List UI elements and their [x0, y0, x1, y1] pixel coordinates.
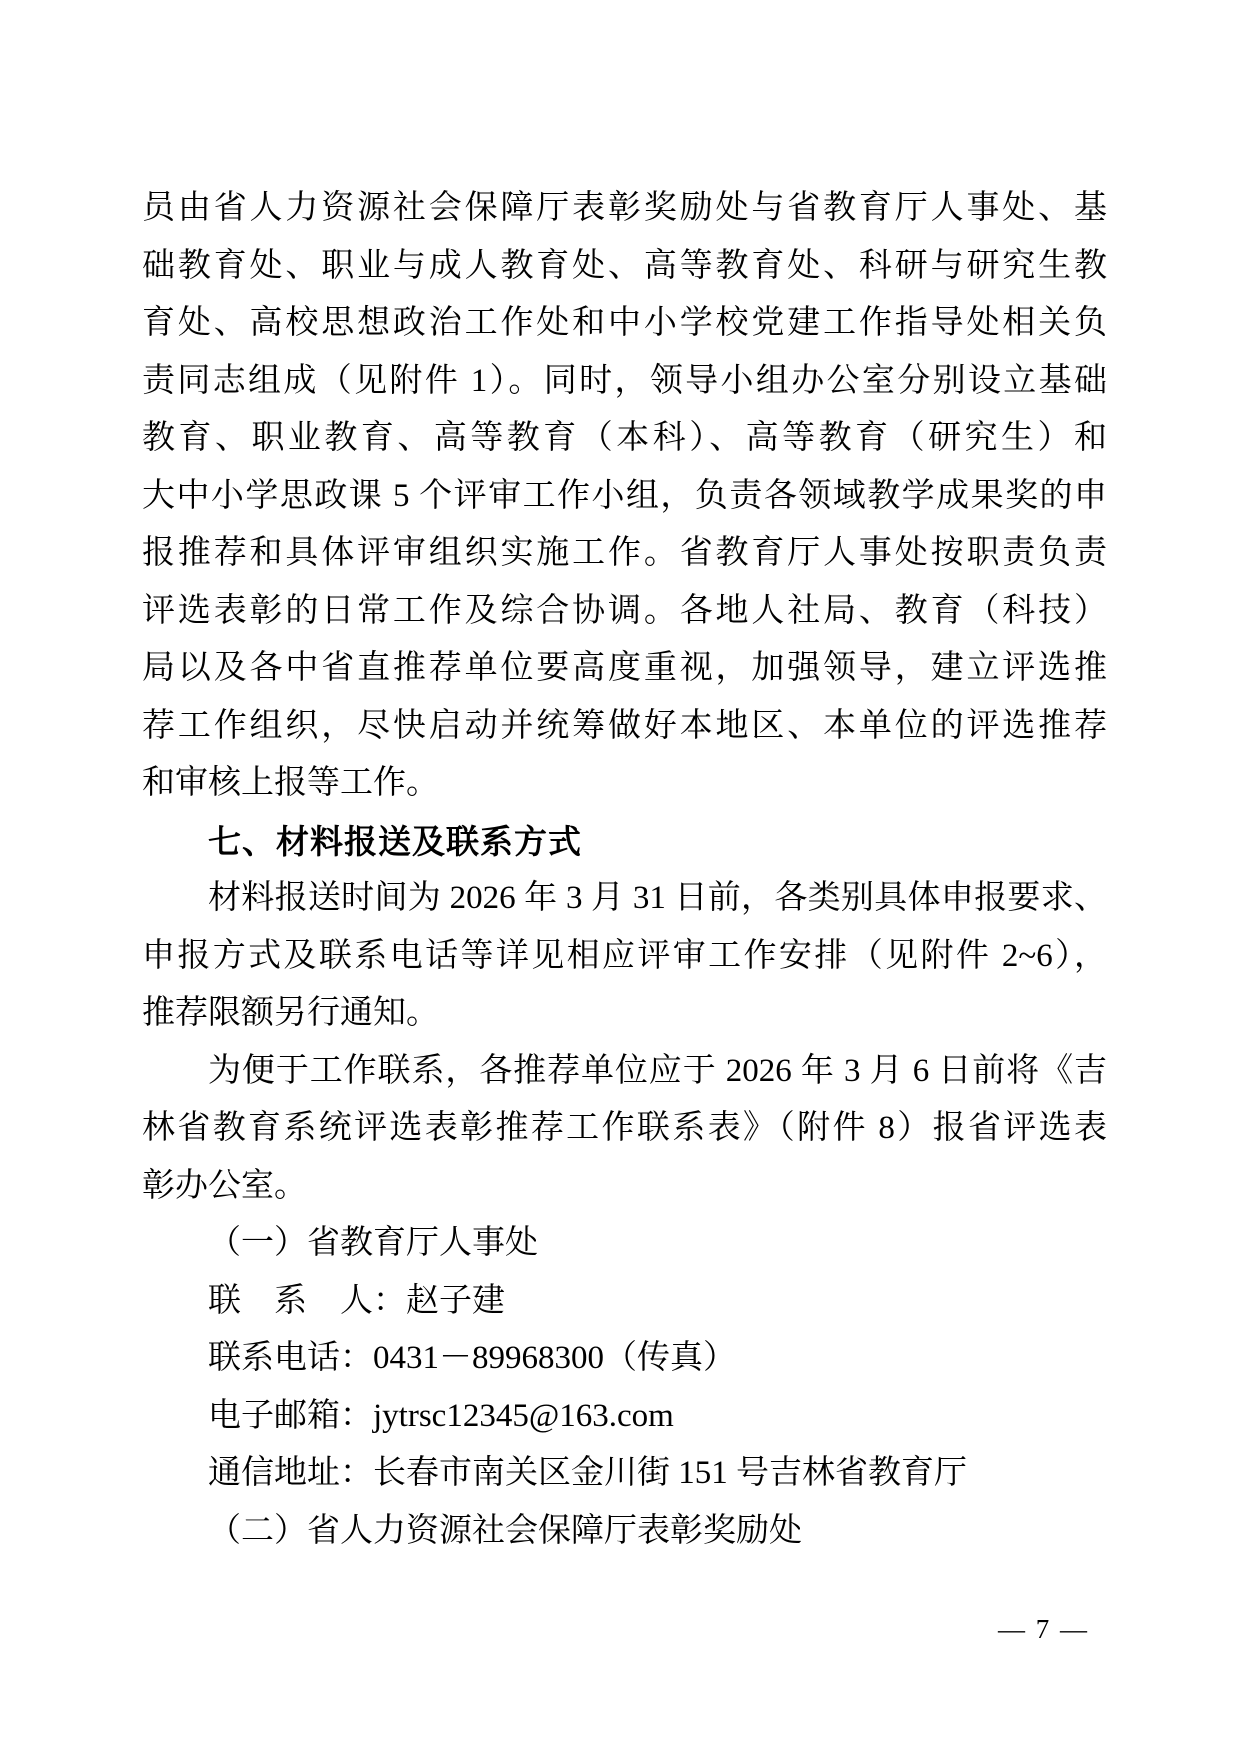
- paragraph-line: 育处、高校思想政治工作处和中小学校党建工作指导处相关负: [142, 295, 1107, 353]
- contact-title: （二）省人力资源社会保障厅表彰奖励处: [142, 1503, 1107, 1561]
- paragraph-line: 评选表彰的日常工作及综合协调。各地人社局、教育（科技）: [142, 583, 1107, 641]
- section-heading: 七、材料报送及联系方式: [142, 813, 1107, 871]
- paragraph-line: 员由省人力资源社会保障厅表彰奖励处与省教育厅人事处、基: [142, 180, 1107, 238]
- paragraph-line: 荐工作组织，尽快启动并统筹做好本地区、本单位的评选推荐: [142, 698, 1107, 756]
- paragraph-line: 教育、职业教育、高等教育（本科）、高等教育（研究生）和: [142, 410, 1107, 468]
- contact-block-2: （二）省人力资源社会保障厅表彰奖励处: [142, 1503, 1107, 1561]
- paragraph-line: 责同志组成（见附件 1）。同时，领导小组办公室分别设立基础: [142, 353, 1107, 411]
- paragraph-line: 大中小学思政课 5 个评审工作小组，负责各领域教学成果奖的申: [142, 468, 1107, 526]
- paragraph-line: 局以及各中省直推荐单位要高度重视，加强领导，建立评选推: [142, 640, 1107, 698]
- paragraph-line: 彰办公室。: [142, 1158, 1107, 1216]
- liaison-paragraph: 为便于工作联系，各推荐单位应于 2026 年 3 月 6 日前将《吉 林省教育系…: [142, 1043, 1107, 1216]
- contact-title: （一）省教育厅人事处: [142, 1215, 1107, 1273]
- continued-paragraph: 员由省人力资源社会保障厅表彰奖励处与省教育厅人事处、基 础教育处、职业与成人教育…: [142, 180, 1107, 813]
- paragraph-line: 报推荐和具体评审组织实施工作。省教育厅人事处按职责负责: [142, 525, 1107, 583]
- paragraph-line: 和审核上报等工作。: [142, 755, 1107, 813]
- paragraph-line: 推荐限额另行通知。: [142, 985, 1107, 1043]
- contact-email-line: 电子邮箱：jytrsc12345@163.com: [142, 1388, 1107, 1446]
- contact-phone-line: 联系电话：0431－89968300（传真）: [142, 1330, 1107, 1388]
- paragraph-line: 础教育处、职业与成人教育处、高等教育处、科研与研究生教: [142, 238, 1107, 296]
- contact-person-line: 联 系 人：赵子建: [142, 1273, 1107, 1331]
- page-number: — 7 —: [998, 1612, 1089, 1646]
- paragraph-line: 林省教育系统评选表彰推荐工作联系表》（附件 8）报省评选表: [142, 1100, 1107, 1158]
- document-page: 员由省人力资源社会保障厅表彰奖励处与省教育厅人事处、基 础教育处、职业与成人教育…: [0, 0, 1241, 1755]
- contact-block-1: （一）省教育厅人事处 联 系 人：赵子建 联系电话：0431－89968300（…: [142, 1215, 1107, 1503]
- paragraph-line: 为便于工作联系，各推荐单位应于 2026 年 3 月 6 日前将《吉: [142, 1043, 1107, 1101]
- paragraph-line: 申报方式及联系电话等详见相应评审工作安排（见附件 2~6），: [142, 928, 1107, 986]
- deadline-paragraph: 材料报送时间为 2026 年 3 月 31 日前，各类别具体申报要求、 申报方式…: [142, 870, 1107, 1043]
- contact-address-line: 通信地址：长春市南关区金川街 151 号吉林省教育厅: [142, 1445, 1107, 1503]
- paragraph-line: 材料报送时间为 2026 年 3 月 31 日前，各类别具体申报要求、: [142, 870, 1107, 928]
